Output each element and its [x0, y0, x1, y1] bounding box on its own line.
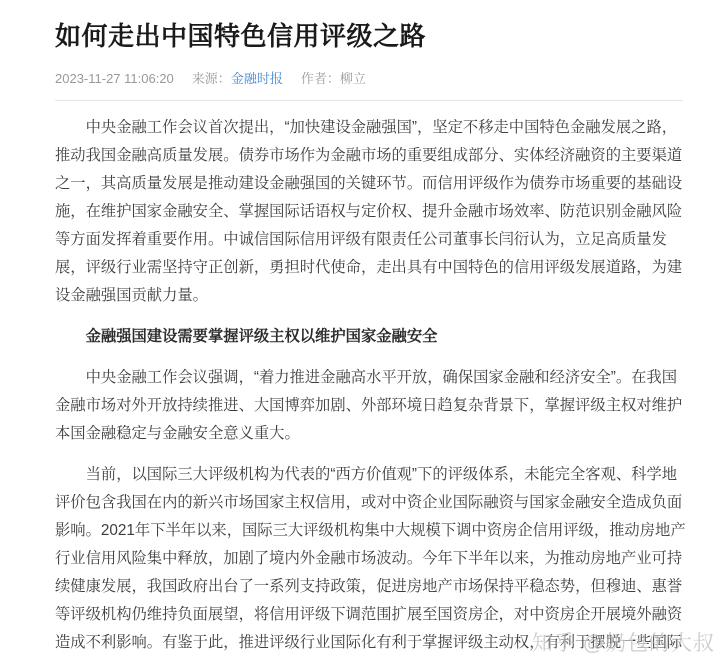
paragraph-line: 设金融强国贡献力量。 [55, 282, 683, 310]
publish-date: 2023-11-27 11:06:20 [55, 71, 174, 86]
paragraph-line: 续健康发展，我国政府出台了一系列支持政策，促进房地产市场保持平稳态势，但穆迪、惠… [55, 573, 683, 601]
paragraph-line: 施，在维护国家金融安全、掌握国际话语权与定价权、提升金融市场效率、防范识别金融风… [55, 198, 683, 226]
paragraph-line: 当前，以国际三大评级机构为代表的“西方价值观”下的评级体系，未能完全客观、科学地 [55, 461, 683, 489]
author-label: 作者： [301, 71, 340, 86]
paragraph-line: 中央金融工作会议首次提出，“加快建设金融强国”，坚定不移走中国特色金融发展之路， [55, 114, 683, 142]
paragraph-line: 造成不利影响。有鉴于此，推进评级行业国际化有利于掌握评级主动权，有利于摆脱一些国… [55, 629, 683, 657]
paragraph: 中央金融工作会议首次提出，“加快建设金融强国”，坚定不移走中国特色金融发展之路，… [55, 114, 683, 310]
paragraph: 当前，以国际三大评级机构为代表的“西方价值观”下的评级体系，未能完全客观、科学地… [55, 461, 683, 657]
paragraph-line: 等评级机构仍维持负面展望，将信用评级下调范围扩展至国资房企，对中资房企开展境外融… [55, 601, 683, 629]
source-link[interactable]: 金融时报 [231, 71, 283, 86]
author-name: 柳立 [340, 71, 366, 86]
paragraph-line: 之一，其高质量发展是推动建设金融强国的关键环节。而信用评级作为债券市场重要的基础… [55, 170, 683, 198]
paragraph-line: 本国金融稳定与金融安全意义重大。 [55, 420, 683, 448]
paragraph-line: 中央金融工作会议强调，“着力推进金融高水平开放，确保国家金融和经济安全”。在我国 [55, 364, 683, 392]
paragraph-line: 金融市场对外开放持续推进、大国博弈加剧、外部环境日趋复杂背景下，掌握评级主权对维… [55, 392, 683, 420]
section-heading: 金融强国建设需要掌握评级主权以维护国家金融安全 [55, 323, 683, 351]
paragraph-line: 等方面发挥着重要作用。中诚信国际信用评级有限责任公司董事长闫衍认为，立足高质量发 [55, 226, 683, 254]
article-meta: 2023-11-27 11:06:20来源：金融时报作者：柳立 [55, 70, 683, 88]
paragraph-line: 评价包含我国在内的新兴市场国家主权信用，或对中资企业国际融资与国家金融安全造成负… [55, 489, 683, 517]
article-body: 中央金融工作会议首次提出，“加快建设金融强国”，坚定不移走中国特色金融发展之路，… [55, 114, 683, 657]
paragraph-line: 展，评级行业需坚持守正创新，勇担时代使命，走出具有中国特色的信用评级发展道路，为… [55, 254, 683, 282]
source-label: 来源： [192, 71, 231, 86]
divider [55, 100, 683, 101]
paragraph-line: 行业信用风险集中释放，加剧了境内外金融市场波动。今年下半年以来，为推动房地产业可… [55, 545, 683, 573]
paragraph-line: 推动我国金融高质量发展。债券市场作为金融市场的重要组成部分、实体经济融资的主要渠… [55, 142, 683, 170]
paragraph: 中央金融工作会议强调，“着力推进金融高水平开放，确保国家金融和经济安全”。在我国… [55, 364, 683, 448]
article-page: 如何走出中国特色信用评级之路 2023-11-27 11:06:20来源：金融时… [0, 0, 720, 665]
page-title: 如何走出中国特色信用评级之路 [55, 20, 683, 52]
paragraph-line: 影响。2021年下半年以来，国际三大评级机构集中大规模下调中资房企信用评级，推动… [55, 517, 683, 545]
